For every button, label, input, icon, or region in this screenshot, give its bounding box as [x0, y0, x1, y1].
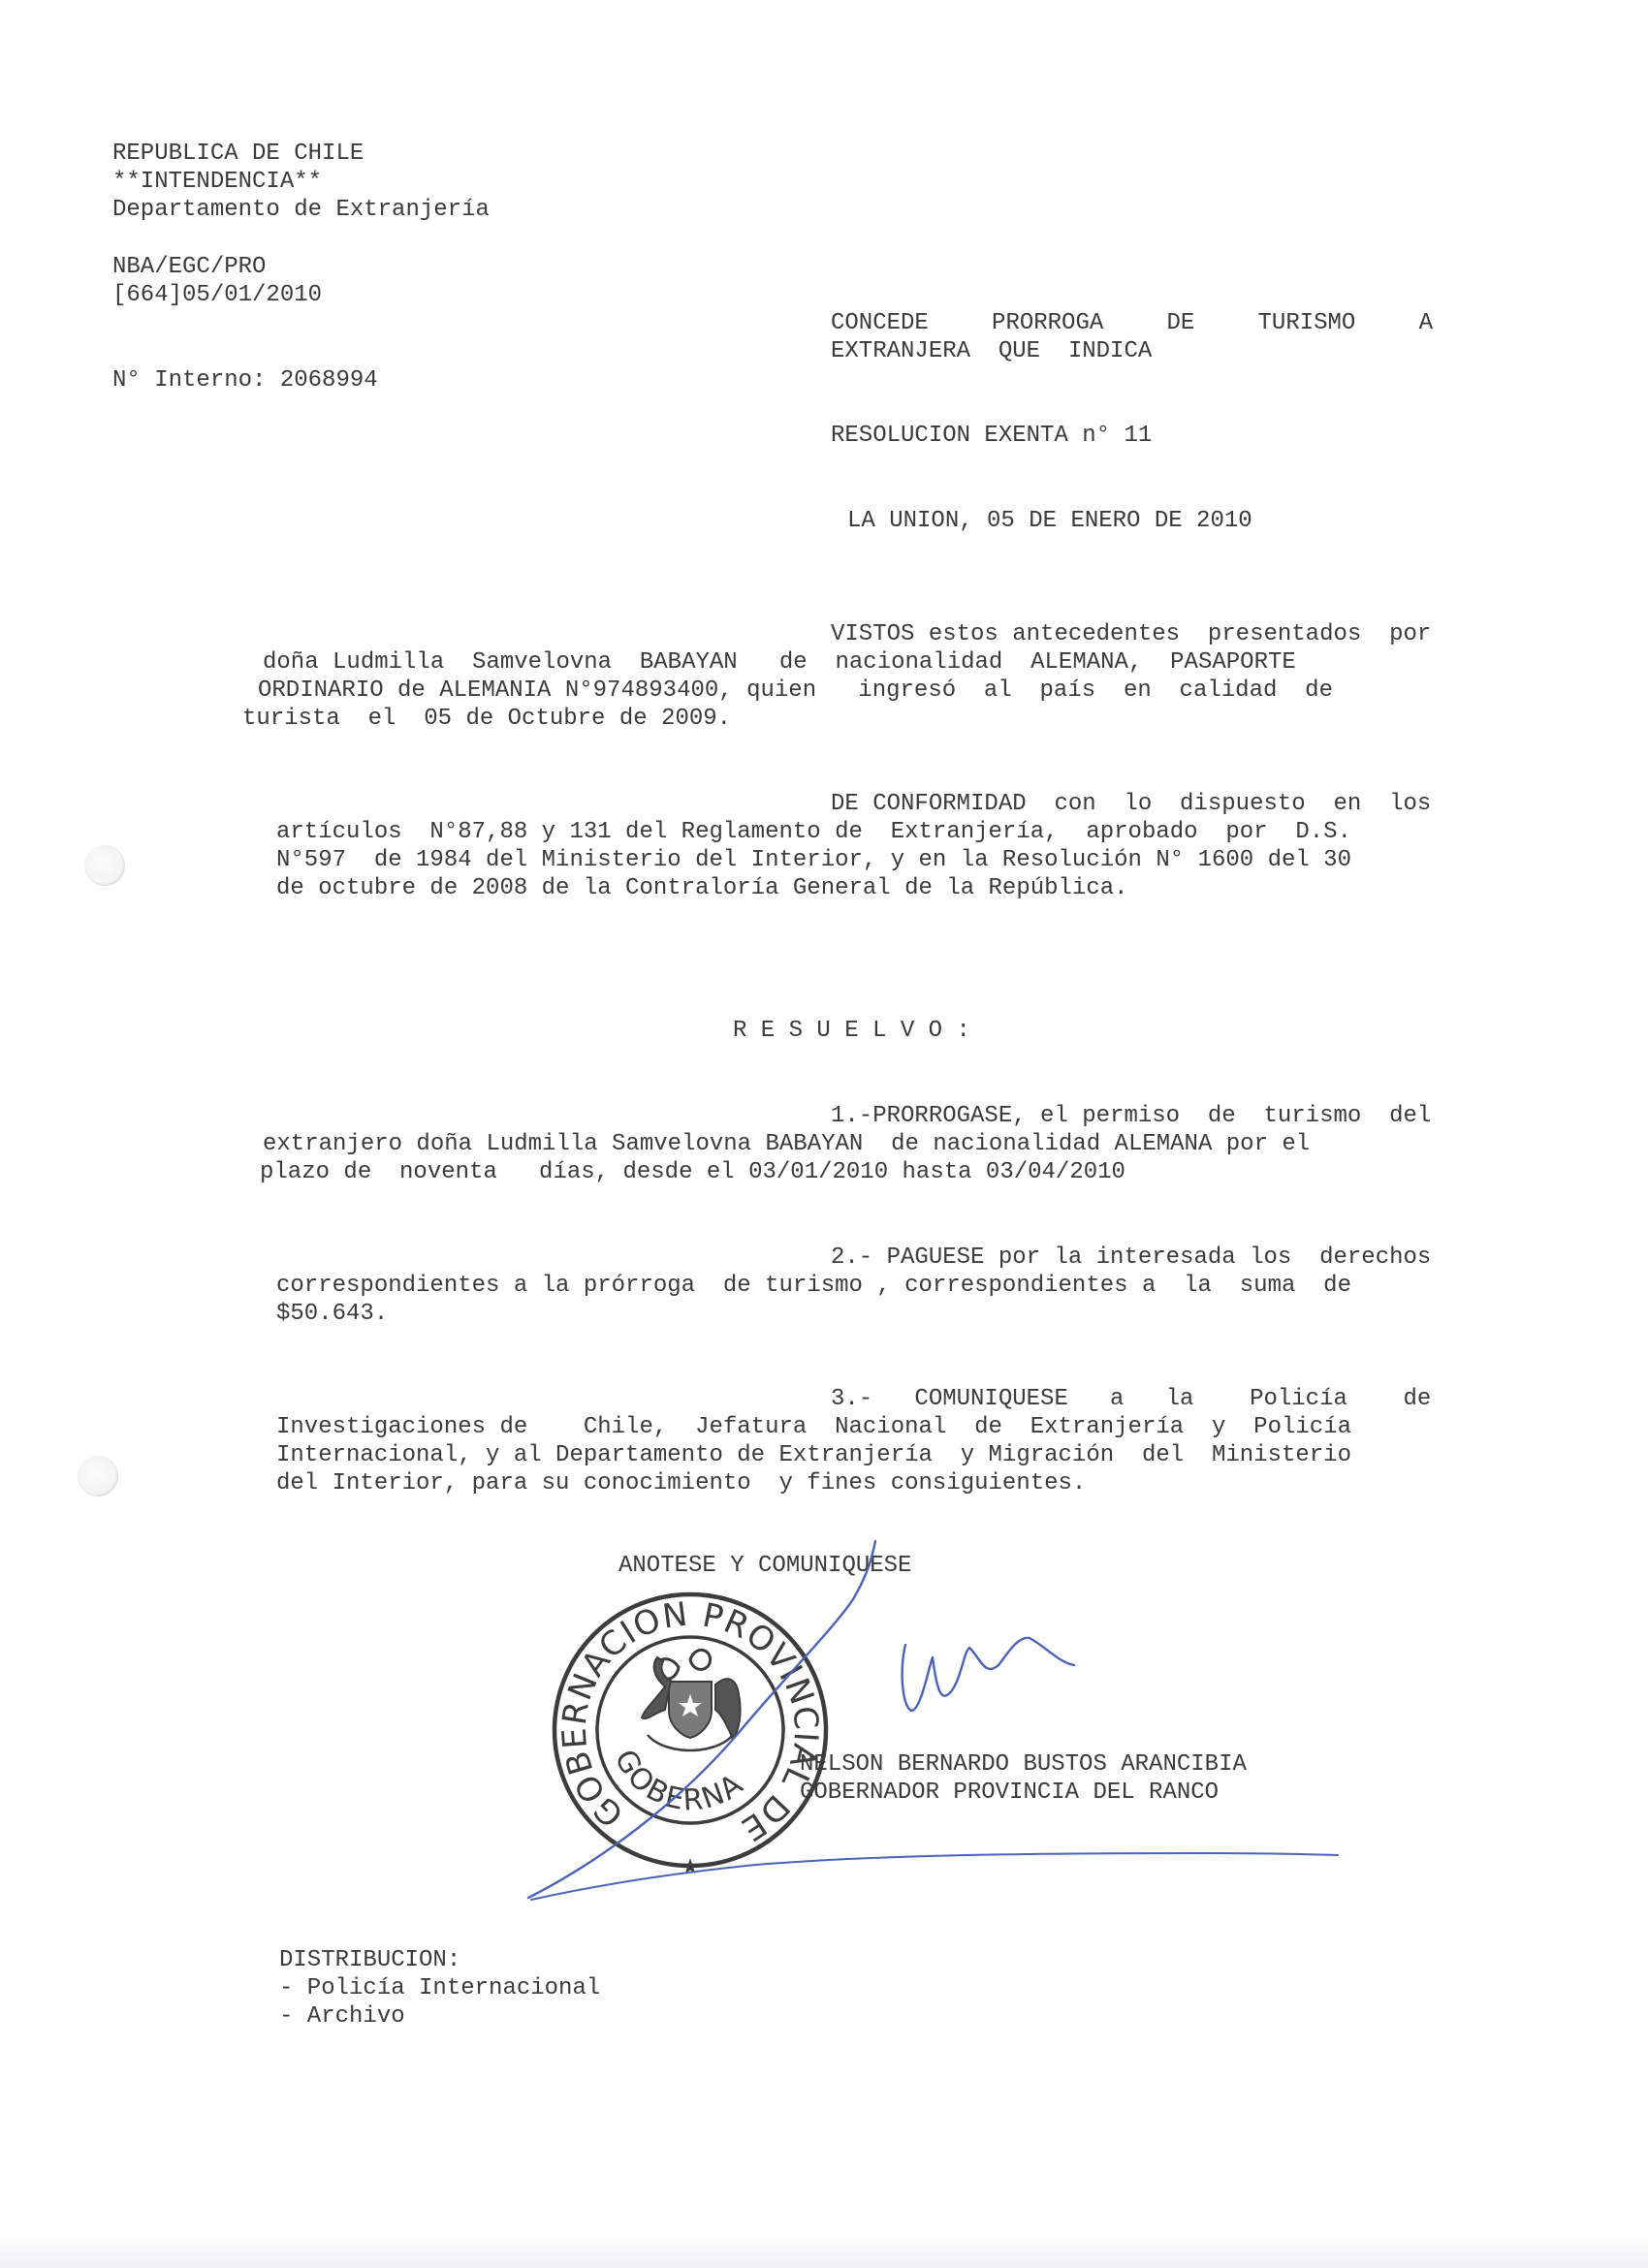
scanned-document-page: REPUBLICA DE CHILE **INTENDENCIA** Depar…	[0, 0, 1648, 2268]
signature-stroke-underline	[531, 1853, 1338, 1900]
signature-stroke-loops	[903, 1638, 1074, 1711]
distribution-heading: DISTRIBUCION:	[279, 1946, 460, 1974]
signature-stroke-diagonal	[528, 1541, 875, 1898]
distribution-item: - Policía Internacional	[279, 1974, 600, 2002]
signature	[0, 0, 1648, 2268]
distribution-item: - Archivo	[279, 2002, 405, 2031]
